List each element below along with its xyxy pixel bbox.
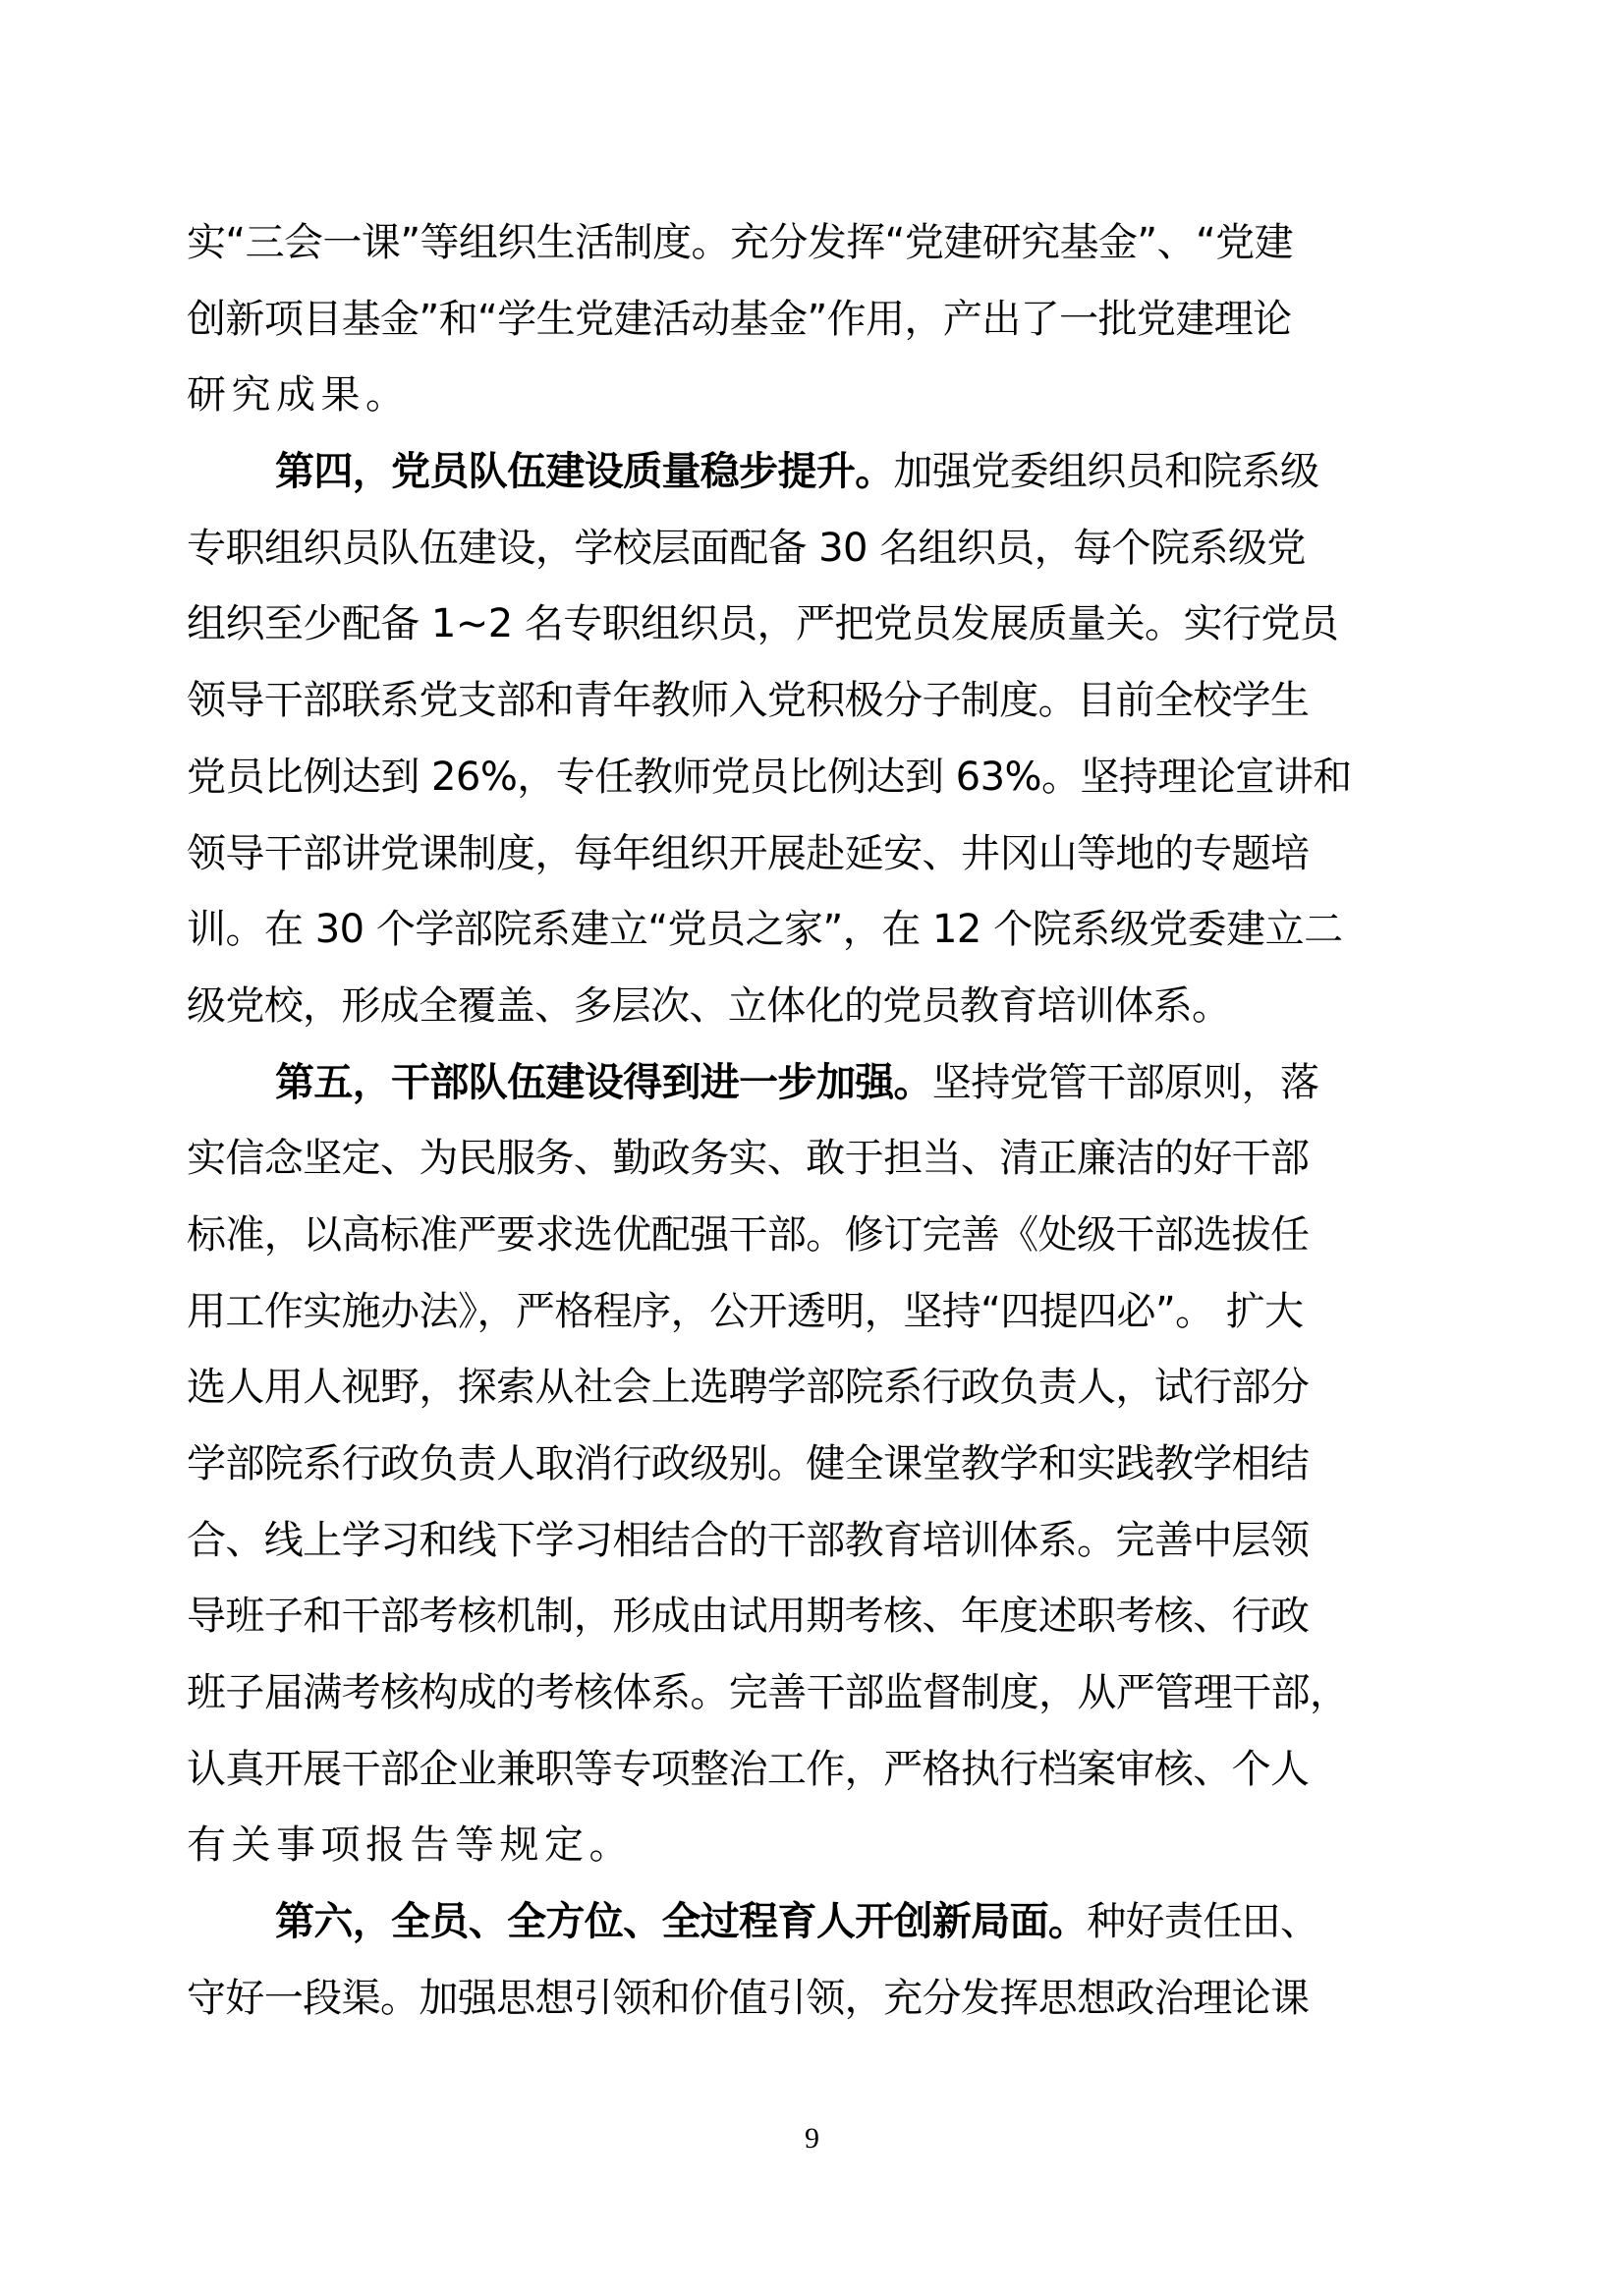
- body-text-segment: 有关事项报告等规定。: [187, 1822, 634, 1868]
- body-text-segment: 守好一段渠。加强思想引领和价值引领，充分发挥思想政治理论课: [187, 1976, 1309, 2021]
- section-heading: 第五，干部队伍建设得到进一步加强。: [275, 1060, 932, 1105]
- text-line: 党员比例达到 26%，专任教师党员比例达到 63%。坚持理论宣讲和: [187, 748, 1454, 824]
- text-line: 实信念坚定、为民服务、勤政务实、敢于担当、清正廉洁的好干部: [187, 1129, 1454, 1205]
- text-line: 合、线上学习和线下学习相结合的干部教育培训体系。完善中层领: [187, 1511, 1454, 1588]
- body-text-segment: 训。在 30 个学部院系建立“党员之家”，在 12 个院系级党委建立二: [187, 907, 1343, 952]
- paragraph-first-line: 第六，全员、全方位、全过程育人开创新局面。种好责任田、: [187, 1892, 1454, 1969]
- text-line: 专职组织员队伍建设，学校层面配备 30 名组织员，每个院系级党: [187, 519, 1454, 595]
- text-line: 守好一段渠。加强思想引领和价值引领，充分发挥思想政治理论课: [187, 1969, 1454, 2045]
- body-text-segment: 党员比例达到 26%，专任教师党员比例达到 63%。坚持理论宣讲和: [187, 755, 1352, 800]
- body-text-segment: 认真开展干部企业兼职等专项整治工作，严格执行档案审核、个人: [187, 1747, 1309, 1792]
- body-text-segment: 实“三会一课”等组织生活制度。充分发挥“党建研究基金”、“党建: [187, 220, 1293, 265]
- body-text-segment: 领导干部联系党支部和青年教师入党积极分子制度。目前全校学生: [187, 678, 1309, 723]
- body-text-segment: 班子届满考核构成的考核体系。完善干部监督制度，从严管理干部，: [187, 1670, 1348, 1715]
- text-line: 组织至少配备 1~2 名专职组织员，严把党员发展质量关。实行党员: [187, 594, 1454, 671]
- paragraph-first-line: 第五，干部队伍建设得到进一步加强。坚持党管干部原则，落: [187, 1053, 1454, 1130]
- body-text-segment: 坚持党管干部原则，落: [932, 1060, 1318, 1105]
- section-heading: 第四，党员队伍建设质量稳步提升。: [275, 449, 894, 494]
- document-page: 实“三会一课”等组织生活制度。充分发挥“党建研究基金”、“党建创新项目基金”和“…: [0, 0, 1624, 2296]
- page-number: 9: [0, 2122, 1624, 2156]
- body-text-segment: 加强党委组织员和院系级: [894, 449, 1319, 494]
- body-text-segment: 级党校，形成全覆盖、多层次、立体化的党员教育培训体系。: [187, 983, 1230, 1029]
- text-line: 实“三会一课”等组织生活制度。充分发挥“党建研究基金”、“党建: [187, 213, 1454, 290]
- body-text-segment: 领导干部讲党课制度，每年组织开展赴延安、井冈山等地的专题培: [187, 831, 1309, 876]
- body-text-segment: 种好责任田、: [1087, 1899, 1318, 1944]
- body-text-segment: 实信念坚定、为民服务、勤政务实、敢于担当、清正廉洁的好干部: [187, 1136, 1309, 1181]
- document-body: 实“三会一课”等组织生活制度。充分发挥“党建研究基金”、“党建创新项目基金”和“…: [187, 213, 1454, 2045]
- text-line: 领导干部联系党支部和青年教师入党积极分子制度。目前全校学生: [187, 671, 1454, 748]
- text-line: 领导干部讲党课制度，每年组织开展赴延安、井冈山等地的专题培: [187, 824, 1454, 901]
- body-text-segment: 研究成果。: [187, 372, 411, 418]
- text-line: 创新项目基金”和“学生党建活动基金”作用，产出了一批党建理论: [187, 290, 1454, 366]
- body-text-segment: 选人用人视野，探索从社会上选聘学部院系行政负责人，试行部分: [187, 1365, 1309, 1410]
- text-line: 有关事项报告等规定。: [187, 1816, 1454, 1892]
- text-line: 班子届满考核构成的考核体系。完善干部监督制度，从严管理干部，: [187, 1663, 1454, 1740]
- body-text-segment: 标准，以高标准严要求选优配强干部。修订完善《处级干部选拔任: [187, 1212, 1309, 1258]
- text-line: 级党校，形成全覆盖、多层次、立体化的党员教育培训体系。: [187, 977, 1454, 1053]
- body-text-segment: 合、线上学习和线下学习相结合的干部教育培训体系。完善中层领: [187, 1518, 1309, 1563]
- text-line: 学部院系行政负责人取消行政级别。健全课堂教学和实践教学相结: [187, 1434, 1454, 1511]
- text-line: 用工作实施办法》，严格程序，公开透明，坚持“四提四必”。 扩大: [187, 1282, 1454, 1359]
- text-line: 训。在 30 个学部院系建立“党员之家”，在 12 个院系级党委建立二: [187, 900, 1454, 977]
- section-heading: 第六，全员、全方位、全过程育人开创新局面。: [275, 1899, 1087, 1944]
- paragraph-first-line: 第四，党员队伍建设质量稳步提升。加强党委组织员和院系级: [187, 442, 1454, 519]
- body-text-segment: 创新项目基金”和“学生党建活动基金”作用，产出了一批党建理论: [187, 297, 1292, 342]
- body-text-segment: 组织至少配备 1~2 名专职组织员，严把党员发展质量关。实行党员: [187, 601, 1338, 646]
- text-line: 研究成果。: [187, 365, 1454, 442]
- body-text-segment: 导班子和干部考核机制，形成由试用期考核、年度述职考核、行政: [187, 1594, 1309, 1639]
- body-text-segment: 用工作实施办法》，严格程序，公开透明，坚持“四提四必”。 扩大: [187, 1289, 1304, 1334]
- text-line: 认真开展干部企业兼职等专项整治工作，严格执行档案审核、个人: [187, 1740, 1454, 1817]
- body-text-segment: 学部院系行政负责人取消行政级别。健全课堂教学和实践教学相结: [187, 1441, 1309, 1486]
- text-line: 选人用人视野，探索从社会上选聘学部院系行政负责人，试行部分: [187, 1358, 1454, 1434]
- text-line: 标准，以高标准严要求选优配强干部。修订完善《处级干部选拔任: [187, 1205, 1454, 1282]
- text-line: 导班子和干部考核机制，形成由试用期考核、年度述职考核、行政: [187, 1587, 1454, 1663]
- body-text-segment: 专职组织员队伍建设，学校层面配备 30 名组织员，每个院系级党: [187, 526, 1306, 571]
